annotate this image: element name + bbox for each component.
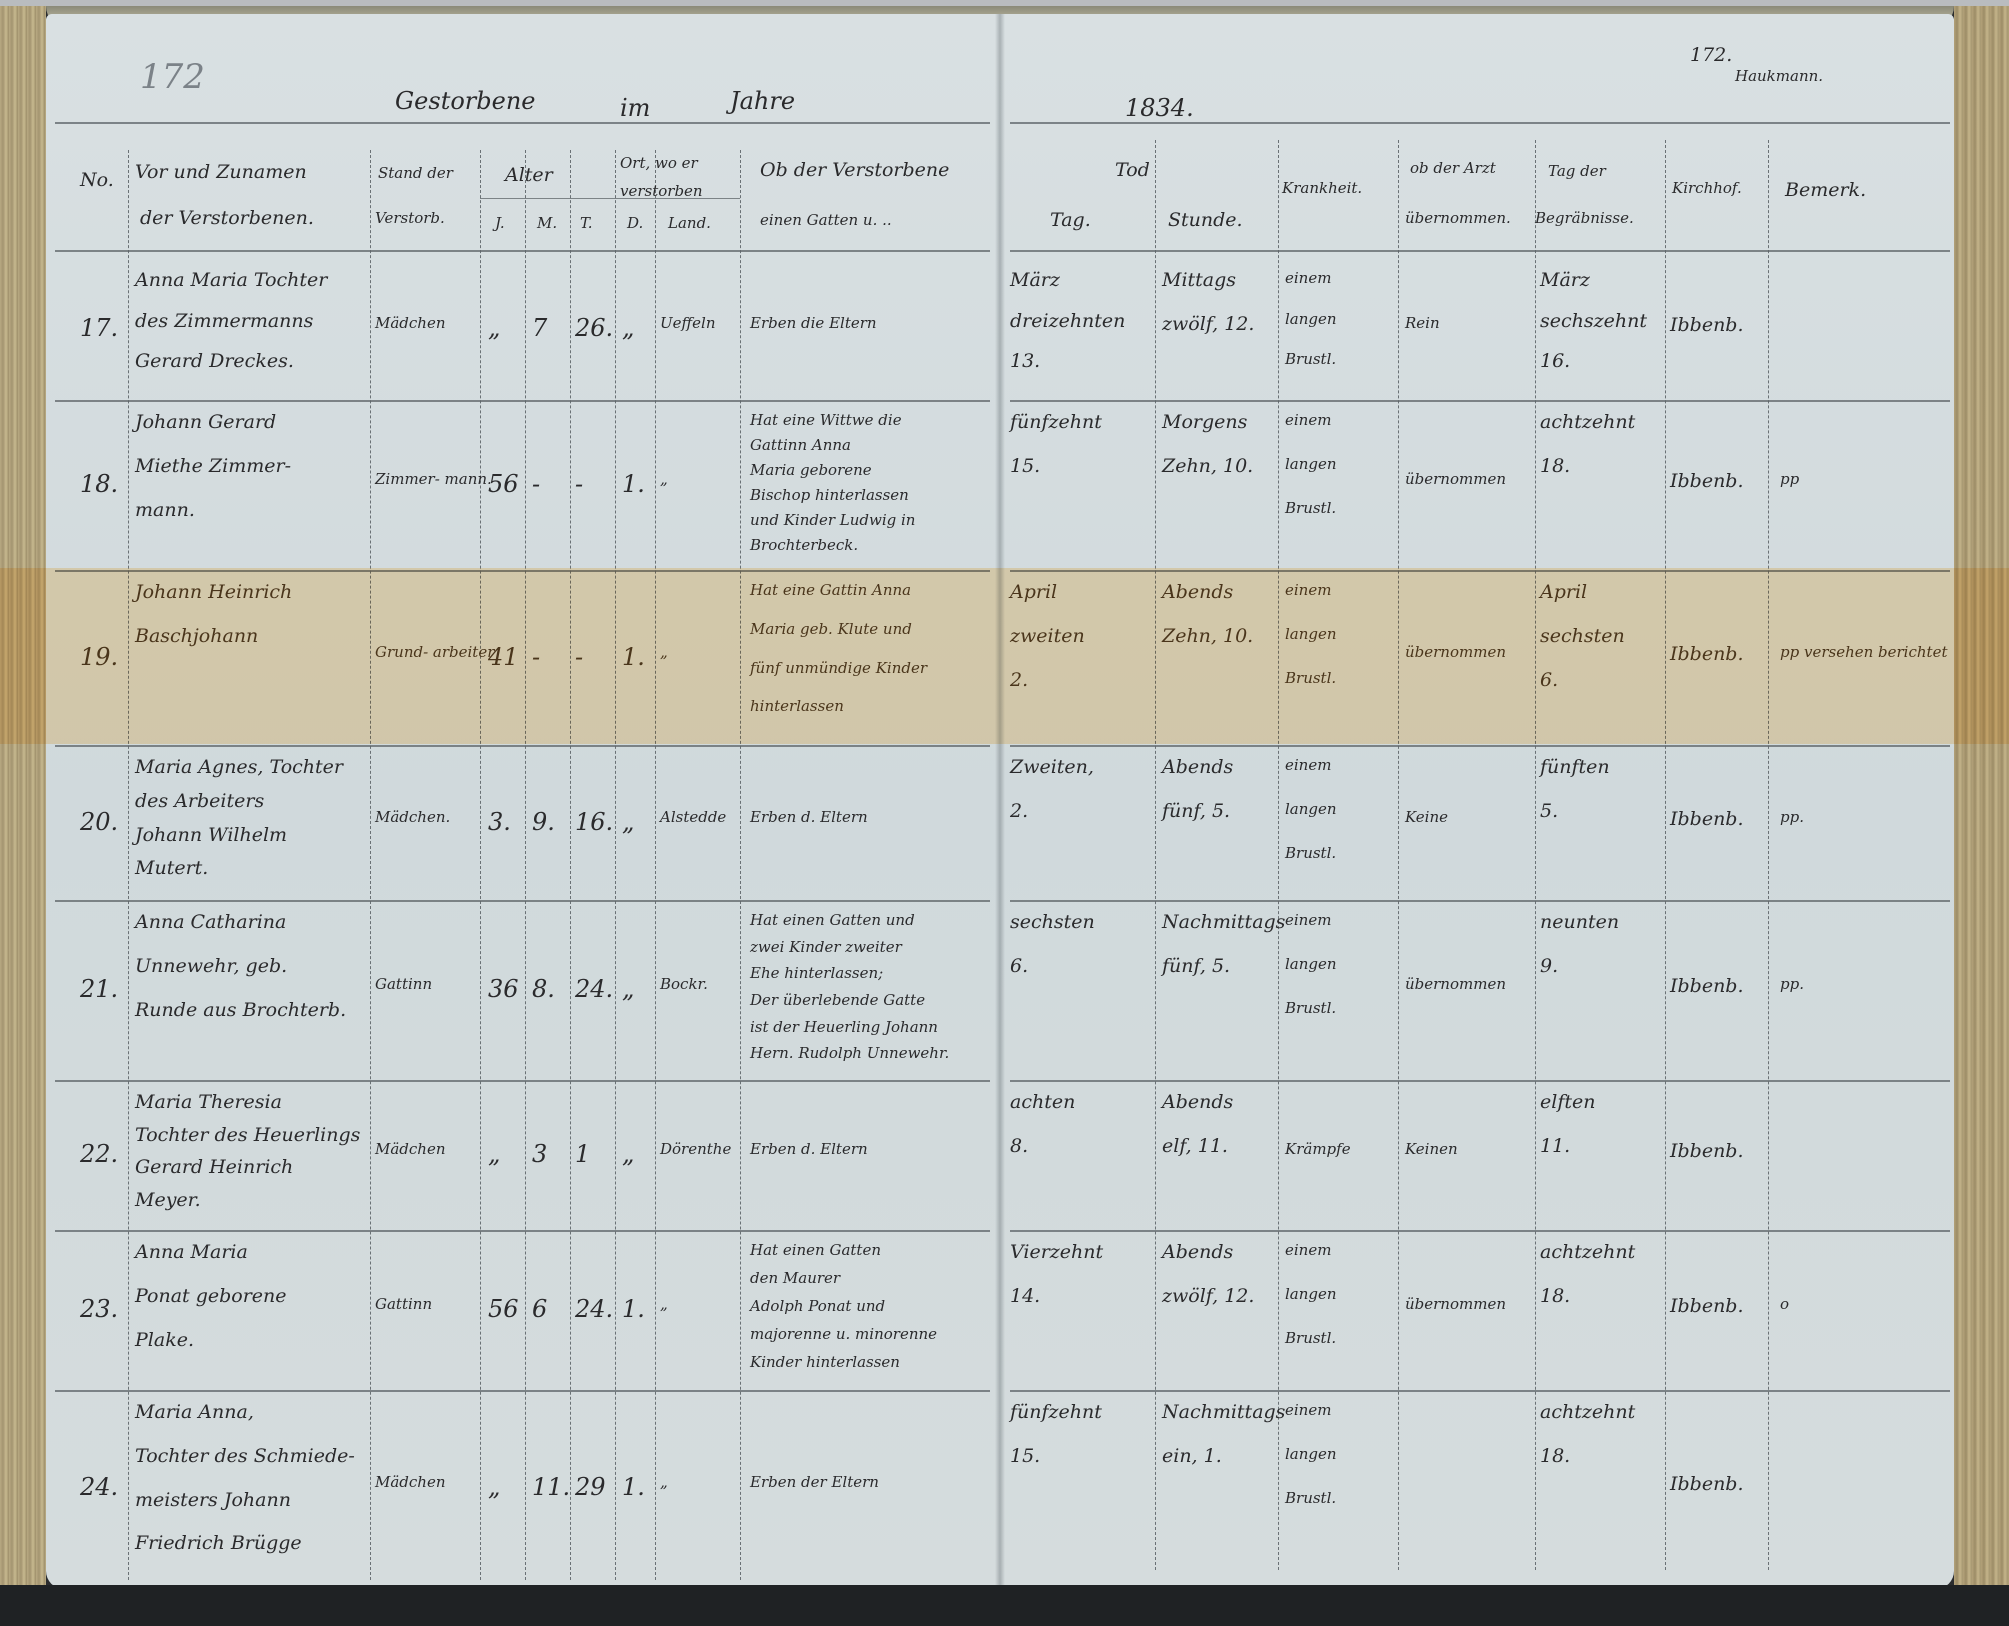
cell-begraebnis: 9. bbox=[1540, 956, 1558, 978]
book-edge-right bbox=[1954, 6, 2009, 1606]
cell-no: 19. bbox=[80, 644, 118, 672]
column-rule bbox=[370, 150, 371, 1580]
cell-gatten: ist der Heuerling Johann bbox=[750, 1019, 938, 1036]
header-kirchhof: Kirchhof. bbox=[1672, 180, 1742, 197]
cell-bemerk: pp. bbox=[1780, 976, 1804, 993]
cell-land: „ bbox=[660, 1296, 668, 1313]
cell-j: 3. bbox=[488, 809, 511, 837]
column-rule bbox=[128, 150, 129, 1580]
cell-no: 18. bbox=[80, 471, 118, 499]
cell-krankheit: langen bbox=[1285, 311, 1337, 328]
cell-no: 21. bbox=[80, 976, 118, 1004]
cell-stunde: ein, 1. bbox=[1162, 1446, 1222, 1468]
row-rule bbox=[1010, 1390, 1950, 1392]
cell-gatten: Kinder hinterlassen bbox=[750, 1354, 900, 1371]
cell-t: 16. bbox=[575, 809, 613, 837]
column-rule bbox=[1278, 140, 1279, 1570]
cell-kirchhof: Ibbenb. bbox=[1670, 644, 1744, 666]
cell-tag: Vierzehnt bbox=[1010, 1242, 1103, 1264]
cell-kirchhof: Ibbenb. bbox=[1670, 1296, 1744, 1318]
cell-gatten: Brochterbeck. bbox=[750, 537, 858, 554]
cell-name: Baschjohann bbox=[135, 626, 258, 648]
cell-bemerk: pp bbox=[1780, 471, 1799, 488]
cell-begraebnis: elften bbox=[1540, 1092, 1595, 1114]
cell-gatten: den Maurer bbox=[750, 1270, 840, 1287]
cell-bemerk: o bbox=[1780, 1296, 1789, 1313]
cell-stand: Mädchen bbox=[375, 1141, 446, 1158]
cell-name: des Zimmermanns bbox=[135, 311, 313, 333]
cell-dorf: 1. bbox=[622, 1296, 645, 1324]
cell-begraebnis: April bbox=[1540, 582, 1587, 604]
column-rule bbox=[740, 150, 741, 1580]
cell-krankheit: langen bbox=[1285, 456, 1337, 473]
cell-kirchhof: Ibbenb. bbox=[1670, 1474, 1744, 1496]
cell-begraebnis: 11. bbox=[1540, 1136, 1570, 1158]
cell-stand: Mädchen bbox=[375, 1474, 446, 1491]
register-year: 1834. bbox=[1125, 95, 1194, 123]
cell-gatten: Hat eine Wittwe die bbox=[750, 412, 902, 429]
cell-begraebnis: 16. bbox=[1540, 351, 1570, 373]
header-bemerk: Bemerk. bbox=[1785, 180, 1866, 202]
header-ort-land: Land. bbox=[668, 215, 711, 232]
cell-stunde: Nachmittags bbox=[1162, 1402, 1285, 1424]
column-rule bbox=[570, 150, 571, 1580]
cell-no: 20. bbox=[80, 809, 118, 837]
cell-krankheit: Brustl. bbox=[1285, 670, 1336, 687]
title-word-1: Gestorbene bbox=[395, 88, 535, 116]
right-page-number: 172. bbox=[1690, 45, 1732, 67]
cell-m: 3 bbox=[532, 1141, 547, 1169]
cell-krankheit: einem bbox=[1285, 270, 1331, 287]
row-rule bbox=[1010, 1080, 1950, 1082]
cell-stunde: Zehn, 10. bbox=[1162, 626, 1253, 648]
cell-name: Maria Anna, bbox=[135, 1402, 254, 1424]
cell-stunde: Mittags bbox=[1162, 270, 1236, 292]
cell-krankheit: Brustl. bbox=[1285, 500, 1336, 517]
cell-gatten: hinterlassen bbox=[750, 698, 844, 715]
cell-arzt: Keine bbox=[1405, 809, 1448, 826]
cell-t: 1 bbox=[575, 1141, 590, 1169]
left-page-number: 172 bbox=[140, 58, 205, 97]
cell-begraebnis: 5. bbox=[1540, 801, 1558, 823]
cell-krankheit: einem bbox=[1285, 1242, 1331, 1259]
cell-gatten: Maria geb. Klute und bbox=[750, 621, 912, 638]
header-name-2: der Verstorbenen. bbox=[140, 208, 314, 230]
cell-tag: 6. bbox=[1010, 956, 1028, 978]
row-rule bbox=[55, 250, 990, 252]
cell-stunde: Abends bbox=[1162, 1242, 1233, 1264]
row-rule bbox=[55, 1230, 990, 1232]
cell-stunde: fünf, 5. bbox=[1162, 956, 1230, 978]
cell-t: 24. bbox=[575, 1296, 613, 1324]
header-ort-1: Ort, wo er bbox=[620, 155, 698, 172]
cell-stand: Zimmer- mann. bbox=[375, 471, 492, 488]
row-rule bbox=[1010, 250, 1950, 252]
title-word-3: Jahre bbox=[730, 88, 795, 116]
cell-tag: fünfzehnt bbox=[1010, 1402, 1102, 1424]
header-ort-dorf: D. bbox=[627, 215, 643, 232]
cell-tag: April bbox=[1010, 582, 1057, 604]
cell-krankheit: Brustl. bbox=[1285, 351, 1336, 368]
header-arzt-1: ob der Arzt bbox=[1410, 160, 1496, 177]
cell-begraebnis: achtzehnt bbox=[1540, 1242, 1635, 1264]
cell-dorf: 1. bbox=[622, 644, 645, 672]
cell-gatten: Der überlebende Gatte bbox=[750, 992, 925, 1009]
cell-krankheit: Brustl. bbox=[1285, 1000, 1336, 1017]
cell-krankheit: langen bbox=[1285, 626, 1337, 643]
cell-gatten: zwei Kinder zweiter bbox=[750, 939, 902, 956]
cell-stand: Grund- arbeiter bbox=[375, 644, 494, 661]
cell-gatten: Hern. Rudolph Unnewehr. bbox=[750, 1045, 949, 1062]
cell-name: Plake. bbox=[135, 1330, 194, 1352]
cell-dorf: 1. bbox=[622, 471, 645, 499]
cell-name: Miethe Zimmer- bbox=[135, 456, 291, 478]
subheader-rule bbox=[480, 198, 615, 199]
header-alter-m: M. bbox=[537, 215, 557, 232]
cell-dorf: „ bbox=[622, 976, 634, 1004]
cell-land: Dörenthe bbox=[660, 1141, 731, 1158]
cell-name: Johann Wilhelm bbox=[135, 825, 287, 847]
row-rule bbox=[1010, 1230, 1950, 1232]
header-begraebnis-1: Tag der bbox=[1548, 163, 1606, 180]
header-tod: Tod bbox=[1115, 160, 1150, 182]
cell-stand: Mädchen. bbox=[375, 809, 450, 826]
cell-krankheit: langen bbox=[1285, 1446, 1337, 1463]
cell-begraebnis: 18. bbox=[1540, 1286, 1570, 1308]
cell-stunde: zwölf, 12. bbox=[1162, 1286, 1254, 1308]
row-rule bbox=[55, 1390, 990, 1392]
open-register-book bbox=[0, 6, 2009, 1606]
cell-name: Johann Gerard bbox=[135, 412, 276, 434]
cell-kirchhof: Ibbenb. bbox=[1670, 809, 1744, 831]
cell-name: mann. bbox=[135, 500, 195, 522]
cell-kirchhof: Ibbenb. bbox=[1670, 315, 1744, 337]
row-rule bbox=[1010, 570, 1950, 572]
row-rule bbox=[1010, 745, 1950, 747]
cell-m: - bbox=[532, 644, 540, 672]
cell-name: Anna Maria Tochter bbox=[135, 270, 327, 292]
cell-m: 6 bbox=[532, 1296, 547, 1324]
cell-name: Johann Heinrich bbox=[135, 582, 292, 604]
cell-name: Gerard Dreckes. bbox=[135, 351, 294, 373]
cell-j: 36 bbox=[488, 976, 519, 1004]
header-gatten-1: Ob der Verstorbene bbox=[760, 160, 949, 182]
cell-begraebnis: fünften bbox=[1540, 757, 1610, 779]
row-rule bbox=[1010, 900, 1950, 902]
cell-gatten: Erben die Eltern bbox=[750, 315, 877, 332]
cell-tag: 13. bbox=[1010, 351, 1040, 373]
cell-name: meisters Johann bbox=[135, 1490, 291, 1512]
cell-arzt: übernommen bbox=[1405, 644, 1506, 661]
cell-begraebnis: März bbox=[1540, 270, 1590, 292]
cell-arzt: übernommen bbox=[1405, 1296, 1506, 1313]
cell-tag: 2. bbox=[1010, 801, 1028, 823]
cell-gatten: majorenne u. minorenne bbox=[750, 1326, 937, 1343]
row-rule bbox=[55, 745, 990, 747]
cell-name: Gerard Heinrich bbox=[135, 1157, 293, 1179]
cell-stand: Mädchen bbox=[375, 315, 446, 332]
column-rule bbox=[655, 150, 656, 1580]
cell-bemerk: pp. bbox=[1780, 809, 1804, 826]
cell-kirchhof: Ibbenb. bbox=[1670, 1141, 1744, 1163]
header-name-1: Vor und Zunamen bbox=[135, 162, 307, 184]
right-page-note: Haukmann. bbox=[1735, 68, 1823, 85]
cell-name: des Arbeiters bbox=[135, 791, 264, 813]
cell-krankheit: langen bbox=[1285, 956, 1337, 973]
cell-krankheit: langen bbox=[1285, 801, 1337, 818]
cell-tag: März bbox=[1010, 270, 1060, 292]
cell-gatten: Gattinn Anna bbox=[750, 437, 851, 454]
cell-m: 8. bbox=[532, 976, 555, 1004]
cell-name: Friedrich Brügge bbox=[135, 1533, 302, 1555]
cell-t: - bbox=[575, 644, 583, 672]
cell-stunde: Nachmittags bbox=[1162, 912, 1285, 934]
cell-krankheit: Brustl. bbox=[1285, 1490, 1336, 1507]
cell-arzt: übernommen bbox=[1405, 976, 1506, 993]
cell-t: 26. bbox=[575, 315, 613, 343]
cell-krankheit: einem bbox=[1285, 412, 1331, 429]
cell-name: Anna Maria bbox=[135, 1242, 248, 1264]
cell-j: „ bbox=[488, 1141, 500, 1169]
cell-arzt: Rein bbox=[1405, 315, 1440, 332]
cell-m: - bbox=[532, 471, 540, 499]
header-tod-tag: Tag. bbox=[1050, 210, 1091, 232]
cell-tag: dreizehnten bbox=[1010, 311, 1125, 333]
cell-gatten: Hat einen Gatten bbox=[750, 1242, 881, 1259]
cell-krankheit: einem bbox=[1285, 757, 1331, 774]
cell-name: Tochter des Schmiede- bbox=[135, 1446, 355, 1468]
cell-krankheit: einem bbox=[1285, 582, 1331, 599]
header-alter: Alter bbox=[505, 165, 553, 187]
row-rule bbox=[55, 900, 990, 902]
cell-no: 24. bbox=[80, 1474, 118, 1502]
header-stand-1: Stand der bbox=[378, 165, 453, 182]
cell-dorf: „ bbox=[622, 315, 634, 343]
book-gutter bbox=[995, 14, 1005, 1589]
cell-dorf: 1. bbox=[622, 1474, 645, 1502]
column-rule bbox=[1398, 140, 1399, 1570]
cell-krankheit: einem bbox=[1285, 912, 1331, 929]
cell-tag: Zweiten, bbox=[1010, 757, 1094, 779]
header-gatten-2: einen Gatten u. .. bbox=[760, 212, 892, 229]
cell-land: Alstedde bbox=[660, 809, 726, 826]
cell-gatten: Adolph Ponat und bbox=[750, 1298, 885, 1315]
cell-land: Bockr. bbox=[660, 976, 708, 993]
cell-gatten: und Kinder Ludwig in bbox=[750, 512, 915, 529]
cell-name: Maria Theresia bbox=[135, 1092, 282, 1114]
cell-stunde: Abends bbox=[1162, 582, 1233, 604]
cell-name: Unnewehr, geb. bbox=[135, 956, 287, 978]
cell-t: 29 bbox=[575, 1474, 606, 1502]
cell-name: Maria Agnes, Tochter bbox=[135, 757, 343, 779]
book-edge-left bbox=[0, 6, 46, 1606]
cell-begraebnis: 18. bbox=[1540, 1446, 1570, 1468]
cell-name: Runde aus Brochterb. bbox=[135, 1000, 346, 1022]
title-word-2: im bbox=[620, 95, 650, 123]
column-rule bbox=[480, 150, 481, 1580]
column-rule bbox=[1535, 140, 1536, 1570]
cell-name: Ponat geborene bbox=[135, 1286, 287, 1308]
cell-gatten: Bischop hinterlassen bbox=[750, 487, 909, 504]
cell-krankheit: Brustl. bbox=[1285, 1330, 1336, 1347]
cell-tag: 8. bbox=[1010, 1136, 1028, 1158]
cell-kirchhof: Ibbenb. bbox=[1670, 976, 1744, 998]
row-rule bbox=[55, 1080, 990, 1082]
column-rule bbox=[1665, 140, 1666, 1570]
cell-tag: 2. bbox=[1010, 670, 1028, 692]
header-begraebnis-2: Begräbnisse. bbox=[1535, 210, 1634, 227]
cell-land: „ bbox=[660, 1474, 668, 1491]
header-krankheit: Krankheit. bbox=[1282, 180, 1362, 197]
cell-krankheit: Brustl. bbox=[1285, 845, 1336, 862]
header-tod-stunde: Stunde. bbox=[1168, 210, 1243, 232]
cell-gatten: Erben d. Eltern bbox=[750, 809, 868, 826]
cell-stunde: elf, 11. bbox=[1162, 1136, 1228, 1158]
cell-no: 17. bbox=[80, 315, 118, 343]
cell-krankheit: einem bbox=[1285, 1402, 1331, 1419]
cell-kirchhof: Ibbenb. bbox=[1670, 471, 1744, 493]
cell-begraebnis: achtzehnt bbox=[1540, 412, 1635, 434]
cell-stand: Gattinn bbox=[375, 1296, 432, 1313]
cell-m: 11. bbox=[532, 1474, 570, 1502]
column-rule bbox=[1155, 140, 1156, 1570]
cell-begraebnis: 6. bbox=[1540, 670, 1558, 692]
cell-begraebnis: sechsten bbox=[1540, 626, 1625, 648]
header-stand-2: Verstorb. bbox=[375, 210, 445, 227]
cell-gatten: fünf unmündige Kinder bbox=[750, 660, 927, 677]
cell-no: 22. bbox=[80, 1141, 118, 1169]
cell-stunde: Abends bbox=[1162, 1092, 1233, 1114]
row-rule bbox=[55, 122, 990, 124]
cell-land: „ bbox=[660, 471, 668, 488]
row-rule bbox=[1010, 400, 1950, 402]
cell-j: „ bbox=[488, 1474, 500, 1502]
cell-stunde: Abends bbox=[1162, 757, 1233, 779]
cell-dorf: „ bbox=[622, 1141, 634, 1169]
cell-j: „ bbox=[488, 315, 500, 343]
cell-tag: zweiten bbox=[1010, 626, 1085, 648]
cell-tag: sechsten bbox=[1010, 912, 1095, 934]
header-arzt-2: übernommen. bbox=[1405, 210, 1511, 227]
cell-arzt: übernommen bbox=[1405, 471, 1506, 488]
cell-name: Tochter des Heuerlings bbox=[135, 1125, 360, 1147]
cell-begraebnis: 18. bbox=[1540, 456, 1570, 478]
cell-gatten: Erben d. Eltern bbox=[750, 1141, 868, 1158]
cell-begraebnis: neunten bbox=[1540, 912, 1619, 934]
cell-stunde: zwölf, 12. bbox=[1162, 314, 1254, 336]
cell-bemerk: pp versehen berichtet bbox=[1780, 644, 1947, 661]
cell-krankheit: langen bbox=[1285, 1286, 1337, 1303]
cell-gatten: Hat eine Gattin Anna bbox=[750, 582, 911, 599]
cell-tag: 14. bbox=[1010, 1286, 1040, 1308]
column-rule bbox=[1768, 140, 1769, 1570]
cell-m: 7 bbox=[532, 315, 547, 343]
cell-t: 24. bbox=[575, 976, 613, 1004]
column-rule bbox=[525, 150, 526, 1580]
cell-j: 56 bbox=[488, 1296, 519, 1324]
cell-tag: achten bbox=[1010, 1092, 1075, 1114]
cell-name: Meyer. bbox=[135, 1190, 201, 1212]
header-alter-t: T. bbox=[580, 215, 593, 232]
cell-gatten: Erben der Eltern bbox=[750, 1474, 879, 1491]
cell-name: Mutert. bbox=[135, 858, 208, 880]
header-ort-2: verstorben bbox=[620, 183, 703, 200]
cell-arzt: Keinen bbox=[1405, 1141, 1458, 1158]
cell-no: 23. bbox=[80, 1296, 118, 1324]
column-rule bbox=[615, 150, 616, 1580]
cell-tag: 15. bbox=[1010, 456, 1040, 478]
cell-begraebnis: sechszehnt bbox=[1540, 311, 1647, 333]
cell-stunde: Zehn, 10. bbox=[1162, 456, 1253, 478]
cell-t: - bbox=[575, 471, 583, 499]
cell-krankheit: Krämpfe bbox=[1285, 1141, 1351, 1158]
cell-gatten: Ehe hinterlassen; bbox=[750, 965, 883, 982]
row-rule bbox=[55, 570, 990, 572]
cell-gatten: Maria geborene bbox=[750, 462, 872, 479]
cell-name: Anna Catharina bbox=[135, 912, 286, 934]
row-rule bbox=[55, 400, 990, 402]
cell-stunde: Morgens bbox=[1162, 412, 1247, 434]
cell-stand: Gattinn bbox=[375, 976, 432, 993]
header-alter-j: J. bbox=[495, 215, 505, 232]
cell-stunde: fünf, 5. bbox=[1162, 801, 1230, 823]
cell-dorf: „ bbox=[622, 809, 634, 837]
scan-bottom-shadow bbox=[0, 1585, 2009, 1626]
cell-land: Ueffeln bbox=[660, 315, 715, 332]
cell-m: 9. bbox=[532, 809, 555, 837]
cell-j: 56 bbox=[488, 471, 519, 499]
cell-gatten: Hat einen Gatten und bbox=[750, 912, 915, 929]
cell-tag: fünfzehnt bbox=[1010, 412, 1102, 434]
cell-j: 41 bbox=[488, 644, 519, 672]
cell-begraebnis: achtzehnt bbox=[1540, 1402, 1635, 1424]
cell-land: „ bbox=[660, 644, 668, 661]
header-no: No. bbox=[80, 170, 114, 192]
cell-tag: 15. bbox=[1010, 1446, 1040, 1468]
